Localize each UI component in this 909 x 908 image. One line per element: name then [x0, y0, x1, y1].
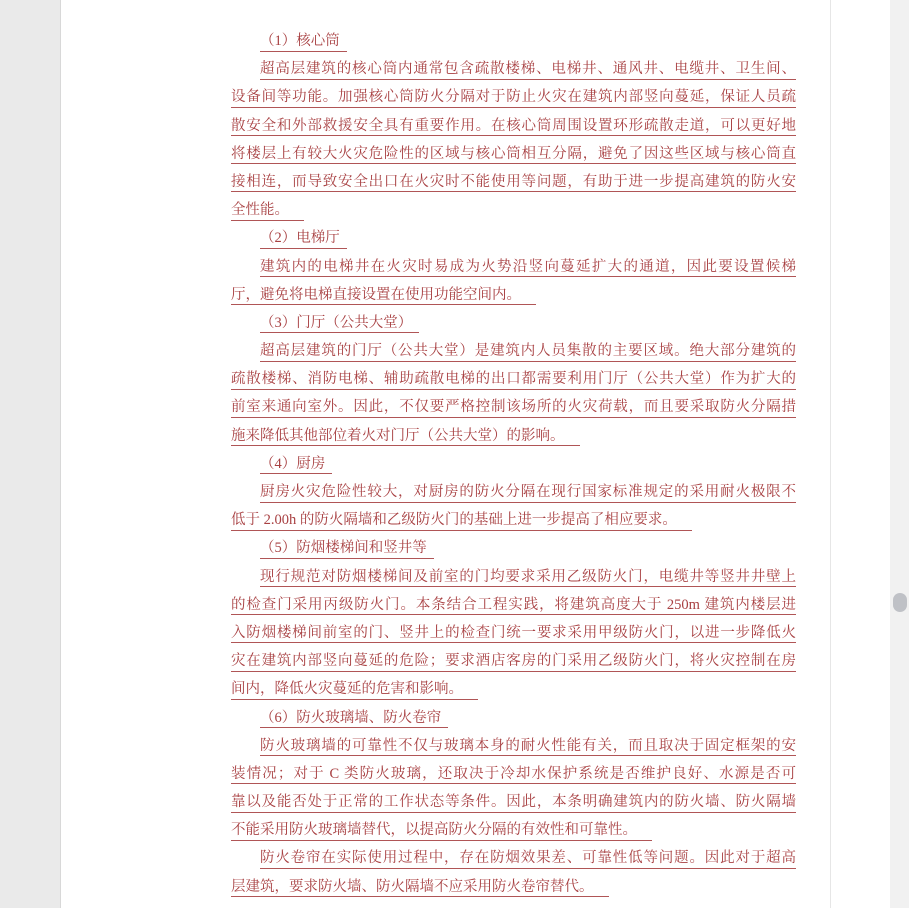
line-text: 厨房火灾危险性较大，对厨房的防火分隔在现行国家标准规定的采用耐火极限不: [260, 484, 796, 503]
text-line: 施来降低其他部位着火对门厅（公共大堂）的影响。: [231, 422, 796, 450]
section-heading-line: （6）防火玻璃墙、防火卷帘: [231, 704, 796, 732]
text-line: 层建筑，要求防火墙、防火隔墙不应采用防火卷帘替代。: [231, 873, 796, 901]
text-line: 靠以及能否处于正常的工作状态等条件。因此，本条明确建筑内的防火墙、防火隔墙: [231, 788, 796, 816]
line-text: 设备间等功能。加强核心筒防火分隔对于防止火灾在建筑内部竖向蔓延，保证人员疏: [231, 89, 796, 108]
line-text: 全性能。: [231, 202, 304, 221]
document-page: （1）核心筒超高层建筑的核心筒内通常包含疏散楼梯、电梯井、通风井、电缆井、卫生间…: [61, 0, 830, 908]
line-text: 靠以及能否处于正常的工作状态等条件。因此，本条明确建筑内的防火墙、防火隔墙: [231, 794, 796, 813]
text-line: 前室来通向室外。因此，不仅要严格控制该场所的火灾荷载，而且要采取防火分隔措: [231, 393, 796, 421]
text-line: 设备间等功能。加强核心筒防火分隔对于防止火灾在建筑内部竖向蔓延，保证人员疏: [231, 83, 796, 111]
text-line: 的检查门采用丙级防火门。本条结合工程实践，将建筑高度大于 250m 建筑内楼层进: [231, 591, 796, 619]
text-line: 防火玻璃墙的可靠性不仅与玻璃本身的耐火性能有关，而且取决于固定框架的安: [231, 732, 796, 760]
line-text: （4）厨房: [260, 456, 332, 475]
document-viewer: （1）核心筒超高层建筑的核心筒内通常包含疏散楼梯、电梯井、通风井、电缆井、卫生间…: [0, 0, 909, 908]
line-text: 将楼层上有较大火灾危险性的区域与核心筒相互分隔，避免了因这些区域与核心筒直: [231, 146, 796, 165]
text-line: 入防烟楼梯间前室的门、竖井上的检查门统一要求采用甲级防火门，以进一步降低火: [231, 619, 796, 647]
section-heading-line: （4）厨房: [231, 450, 796, 478]
line-text: （2）电梯厅: [260, 230, 347, 249]
text-column: （1）核心筒超高层建筑的核心筒内通常包含疏散楼梯、电梯井、通风井、电缆井、卫生间…: [231, 27, 796, 901]
text-line: 全性能。: [231, 196, 796, 224]
line-text: 接相连，而导致安全出口在火灾时不能使用等问题，有助于进一步提高建筑的防火安: [231, 174, 796, 193]
line-text: 超高层建筑的门厅（公共大堂）是建筑内人员集散的主要区域。绝大部分建筑的: [260, 343, 796, 362]
line-text: 间内，降低火灾蔓延的危害和影响。: [231, 681, 478, 700]
text-line: 不能采用防火玻璃墙替代，以提高防火分隔的有效性和可靠性。: [231, 816, 796, 844]
section-heading-line: （1）核心筒: [231, 27, 796, 55]
section-heading-line: （2）电梯厅: [231, 224, 796, 252]
text-line: 建筑内的电梯井在火灾时易成为火势沿竖向蔓延扩大的通道，因此要设置候梯: [231, 253, 796, 281]
line-text: 防火玻璃墙的可靠性不仅与玻璃本身的耐火性能有关，而且取决于固定框架的安: [260, 738, 796, 757]
line-text: 疏散楼梯、消防电梯、辅助疏散电梯的出口都需要利用门厅（公共大堂）作为扩大的: [231, 371, 796, 390]
line-text: 低于 2.00h 的防火隔墙和乙级防火门的基础上进一步提高了相应要求。: [231, 512, 692, 531]
text-line: 低于 2.00h 的防火隔墙和乙级防火门的基础上进一步提高了相应要求。: [231, 506, 796, 534]
line-text: （3）门厅（公共大堂）: [260, 315, 419, 334]
text-line: 防火卷帘在实际使用过程中，存在防烟效果差、可靠性低等问题。因此对于超高: [231, 844, 796, 872]
line-text: 灾在建筑内部竖向蔓延的危险；要求酒店客房的门采用乙级防火门，将火灾控制在房: [231, 653, 796, 672]
text-line: 疏散楼梯、消防电梯、辅助疏散电梯的出口都需要利用门厅（公共大堂）作为扩大的: [231, 365, 796, 393]
line-text: 的检查门采用丙级防火门。本条结合工程实践，将建筑高度大于 250m 建筑内楼层进: [231, 597, 796, 616]
line-text: （1）核心筒: [260, 33, 347, 52]
left-gutter: [0, 0, 61, 908]
line-text: 现行规范对防烟楼梯间及前室的门均要求采用乙级防火门，电缆井等竖井井壁上: [260, 569, 796, 588]
line-text: （6）防火玻璃墙、防火卷帘: [260, 710, 448, 729]
line-text: （5）防烟楼梯间和竖井等: [260, 540, 434, 559]
text-line: 装情况；对于 C 类防火玻璃，还取决于冷却水保护系统是否维护良好、水源是否可: [231, 760, 796, 788]
line-text: 厅，避免将电梯直接设置在使用功能空间内。: [231, 287, 536, 306]
text-line: 间内，降低火灾蔓延的危害和影响。: [231, 675, 796, 703]
text-line: 厅，避免将电梯直接设置在使用功能空间内。: [231, 281, 796, 309]
line-text: 建筑内的电梯井在火灾时易成为火势沿竖向蔓延扩大的通道，因此要设置候梯: [260, 259, 796, 278]
text-line: 超高层建筑的核心筒内通常包含疏散楼梯、电梯井、通风井、电缆井、卫生间、: [231, 55, 796, 83]
section-heading-line: （3）门厅（公共大堂）: [231, 309, 796, 337]
text-line: 散安全和外部救援安全具有重要作用。在核心筒周围设置环形疏散走道，可以更好地: [231, 112, 796, 140]
scrollbar-thumb[interactable]: [893, 593, 907, 612]
line-text: 超高层建筑的核心筒内通常包含疏散楼梯、电梯井、通风井、电缆井、卫生间、: [260, 61, 796, 80]
scrollbar-track[interactable]: [890, 0, 909, 908]
line-text: 不能采用防火玻璃墙替代，以提高防火分隔的有效性和可靠性。: [231, 822, 652, 841]
text-line: 超高层建筑的门厅（公共大堂）是建筑内人员集散的主要区域。绝大部分建筑的: [231, 337, 796, 365]
line-text: 防火卷帘在实际使用过程中，存在防烟效果差、可靠性低等问题。因此对于超高: [260, 850, 796, 869]
text-line: 将楼层上有较大火灾危险性的区域与核心筒相互分隔，避免了因这些区域与核心筒直: [231, 140, 796, 168]
line-text: 前室来通向室外。因此，不仅要严格控制该场所的火灾荷载，而且要采取防火分隔措: [231, 399, 796, 418]
text-line: 灾在建筑内部竖向蔓延的危险；要求酒店客房的门采用乙级防火门，将火灾控制在房: [231, 647, 796, 675]
line-text: 入防烟楼梯间前室的门、竖井上的检查门统一要求采用甲级防火门，以进一步降低火: [231, 625, 796, 644]
page-right-edge-line: [830, 0, 831, 908]
text-line: 厨房火灾危险性较大，对厨房的防火分隔在现行国家标准规定的采用耐火极限不: [231, 478, 796, 506]
text-line: 现行规范对防烟楼梯间及前室的门均要求采用乙级防火门，电缆井等竖井井壁上: [231, 563, 796, 591]
line-text: 装情况；对于 C 类防火玻璃，还取决于冷却水保护系统是否维护良好、水源是否可: [231, 766, 796, 785]
line-text: 散安全和外部救援安全具有重要作用。在核心筒周围设置环形疏散走道，可以更好地: [231, 118, 796, 137]
line-text: 施来降低其他部位着火对门厅（公共大堂）的影响。: [231, 428, 580, 447]
text-line: 接相连，而导致安全出口在火灾时不能使用等问题，有助于进一步提高建筑的防火安: [231, 168, 796, 196]
line-text: 层建筑，要求防火墙、防火隔墙不应采用防火卷帘替代。: [231, 879, 609, 898]
section-heading-line: （5）防烟楼梯间和竖井等: [231, 534, 796, 562]
